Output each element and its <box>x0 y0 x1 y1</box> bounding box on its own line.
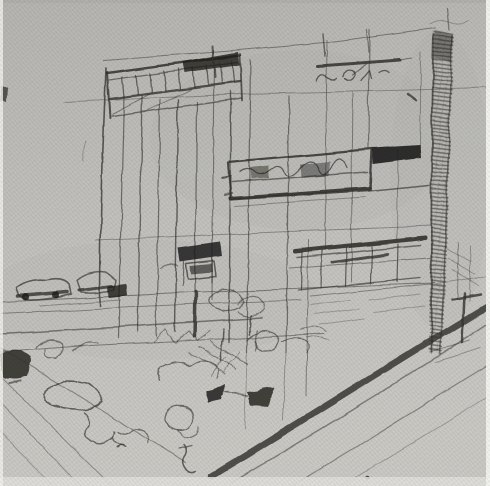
scan-border-bottom <box>0 477 490 486</box>
scanned-pencil-sketch <box>0 0 490 486</box>
scan-border-top <box>0 0 490 3</box>
scan-border-left <box>0 0 3 486</box>
paper-grain-noise <box>0 0 490 486</box>
scan-border-right <box>486 0 490 486</box>
